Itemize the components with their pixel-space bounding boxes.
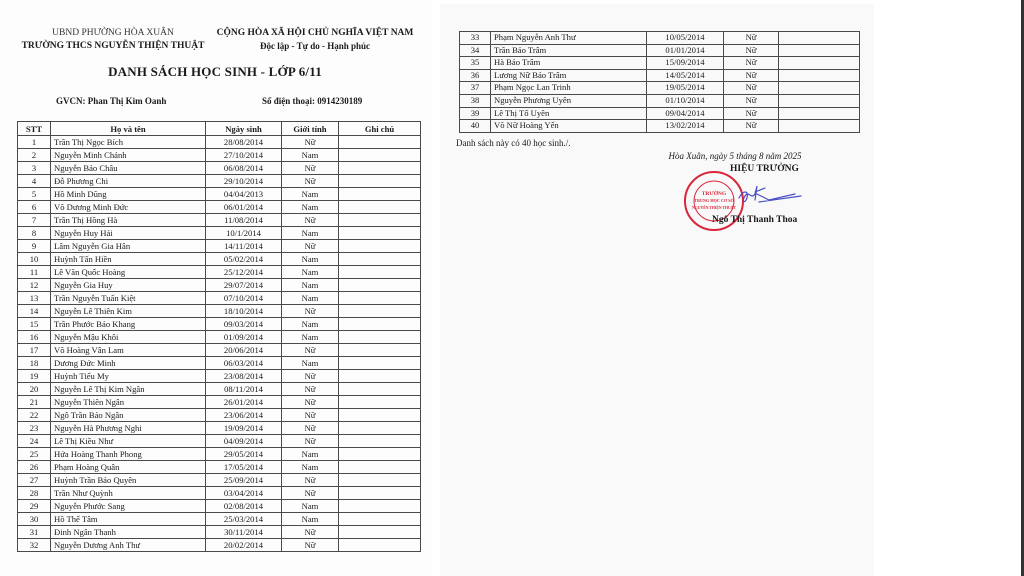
dob-cell: 04/04/2013 <box>206 188 282 201</box>
stt-cell: 23 <box>18 422 51 435</box>
summary-note: Danh sách này có 40 học sinh./. <box>456 138 570 148</box>
name-cell: Võ Dương Minh Đức <box>51 201 206 214</box>
note-cell <box>779 94 860 107</box>
gender-cell: Nữ <box>724 57 779 70</box>
name-cell: Hồ Thế Tâm <box>51 513 206 526</box>
stt-cell: 8 <box>18 227 51 240</box>
name-cell: Dương Đức Minh <box>51 357 206 370</box>
name-cell: Hứa Hoàng Thanh Phong <box>51 448 206 461</box>
table-row: 4Đỗ Phương Chi29/10/2014Nữ <box>18 175 421 188</box>
dob-cell: 09/03/2014 <box>206 318 282 331</box>
dob-cell: 14/05/2014 <box>647 69 724 82</box>
stt-cell: 27 <box>18 474 51 487</box>
table-row: 36Lương Nữ Bảo Trâm14/05/2014Nữ <box>460 69 860 82</box>
issuing-authority: UBND PHƯỜNG HÒA XUÂN TRƯỜNG THCS NGUYỄN … <box>18 27 208 53</box>
table-row: 16Nguyễn Mậu Khôi01/09/2014Nam <box>18 331 421 344</box>
table-row: 2Nguyễn Minh Chánh27/10/2014Nam <box>18 149 421 162</box>
table-row: 40Võ Nữ Hoàng Yến13/02/2014Nữ <box>460 120 860 133</box>
note-cell <box>339 292 421 305</box>
gender-cell: Nam <box>282 149 339 162</box>
stt-cell: 19 <box>18 370 51 383</box>
stt-cell: 22 <box>18 409 51 422</box>
table-row: 11Lê Văn Quốc Hoàng25/12/2014Nam <box>18 266 421 279</box>
dob-cell: 18/10/2014 <box>206 305 282 318</box>
note-cell <box>339 318 421 331</box>
dob-cell: 29/07/2014 <box>206 279 282 292</box>
stt-cell: 3 <box>18 162 51 175</box>
column-header-dob: Ngày sinh <box>206 122 282 136</box>
gender-cell: Nữ <box>282 214 339 227</box>
note-cell <box>779 120 860 133</box>
gender-cell: Nữ <box>282 370 339 383</box>
stt-cell: 37 <box>460 82 491 95</box>
dob-cell: 09/04/2014 <box>647 107 724 120</box>
gender-cell: Nữ <box>724 94 779 107</box>
table-row: 5Hồ Minh Dũng04/04/2013Nam <box>18 188 421 201</box>
homeroom-teacher: GVCN: Phan Thị Kim Oanh <box>56 96 166 106</box>
name-cell: Nguyễn Thiên Ngân <box>51 396 206 409</box>
name-cell: Trần Bảo Trâm <box>491 44 647 57</box>
note-cell <box>779 32 860 45</box>
stt-cell: 5 <box>18 188 51 201</box>
dob-cell: 29/10/2014 <box>206 175 282 188</box>
dob-cell: 27/10/2014 <box>206 149 282 162</box>
table-row: 28Trần Như Quỳnh03/04/2014Nữ <box>18 487 421 500</box>
note-cell <box>779 44 860 57</box>
table-row: 7Trần Thị Hồng Hà11/08/2014Nữ <box>18 214 421 227</box>
dob-cell: 25/09/2014 <box>206 474 282 487</box>
dob-cell: 19/09/2014 <box>206 422 282 435</box>
gender-cell: Nữ <box>282 175 339 188</box>
dob-cell: 04/09/2014 <box>206 435 282 448</box>
student-table-part-2: 33Phạm Nguyễn Anh Thư10/05/2014Nữ34Trần … <box>459 31 860 133</box>
gender-cell: Nữ <box>724 82 779 95</box>
stt-cell: 31 <box>18 526 51 539</box>
stt-cell: 4 <box>18 175 51 188</box>
dob-cell: 26/01/2014 <box>206 396 282 409</box>
table-row: 39Lê Thị Tố Uyên09/04/2014Nữ <box>460 107 860 120</box>
document-title: DANH SÁCH HỌC SINH - LỚP 6/11 <box>0 64 430 80</box>
gender-cell: Nam <box>282 461 339 474</box>
dob-cell: 05/02/2014 <box>206 253 282 266</box>
note-cell <box>779 82 860 95</box>
note-cell <box>339 539 421 552</box>
note-cell <box>779 107 860 120</box>
svg-text:TRƯỜNG: TRƯỜNG <box>702 189 727 197</box>
note-cell <box>339 422 421 435</box>
note-cell <box>339 136 421 149</box>
note-cell <box>339 487 421 500</box>
dob-cell: 03/04/2014 <box>206 487 282 500</box>
name-cell: Phạm Ngọc Lan Trinh <box>491 82 647 95</box>
table-row: 29Nguyễn Phước Sang02/08/2014Nam <box>18 500 421 513</box>
gender-cell: Nam <box>282 448 339 461</box>
table-row: 1Trần Thị Ngọc Bích28/08/2014Nữ <box>18 136 421 149</box>
stt-cell: 24 <box>18 435 51 448</box>
gender-cell: Nữ <box>282 487 339 500</box>
column-header-name: Họ và tên <box>51 122 206 136</box>
table-row: 20Nguyễn Lê Thị Kim Ngân08/11/2014Nữ <box>18 383 421 396</box>
gender-cell: Nam <box>282 201 339 214</box>
dob-cell: 01/09/2014 <box>206 331 282 344</box>
name-cell: Lê Thị Kiều Như <box>51 435 206 448</box>
school-name: TRƯỜNG THCS NGUYỄN THIỆN THUẬT <box>18 40 208 53</box>
stt-cell: 26 <box>18 461 51 474</box>
name-cell: Ngô Trần Bảo Ngân <box>51 409 206 422</box>
note-cell <box>339 266 421 279</box>
dob-cell: 23/08/2014 <box>206 370 282 383</box>
signature-scribble-icon <box>735 180 805 210</box>
name-cell: Nguyễn Mậu Khôi <box>51 331 206 344</box>
stt-cell: 34 <box>460 44 491 57</box>
gender-cell: Nam <box>282 188 339 201</box>
gender-cell: Nữ <box>282 422 339 435</box>
stt-cell: 36 <box>460 69 491 82</box>
gender-cell: Nam <box>282 266 339 279</box>
name-cell: Phạm Nguyễn Anh Thư <box>491 32 647 45</box>
gender-cell: Nữ <box>724 107 779 120</box>
note-cell <box>339 461 421 474</box>
dob-cell: 02/08/2014 <box>206 500 282 513</box>
table-row: 13Trần Nguyễn Tuấn Kiệt07/10/2014Nam <box>18 292 421 305</box>
name-cell: Đinh Ngân Thanh <box>51 526 206 539</box>
name-cell: Nguyễn Minh Chánh <box>51 149 206 162</box>
note-cell <box>339 240 421 253</box>
gender-cell: Nữ <box>724 120 779 133</box>
name-cell: Trần Như Quỳnh <box>51 487 206 500</box>
place-date: Hòa Xuân, ngày 5 tháng 8 năm 2025 <box>640 151 830 161</box>
stt-cell: 25 <box>18 448 51 461</box>
note-cell <box>339 357 421 370</box>
stt-cell: 32 <box>18 539 51 552</box>
national-motto: CỘNG HÒA XÃ HỘI CHỦ NGHĨA VIỆT NAM Độc l… <box>210 27 420 53</box>
gender-cell: Nữ <box>282 539 339 552</box>
name-cell: Lê Văn Quốc Hoàng <box>51 266 206 279</box>
table-row: 12Nguyễn Gia Huy29/07/2014Nam <box>18 279 421 292</box>
dob-cell: 25/03/2014 <box>206 513 282 526</box>
gender-cell: Nam <box>282 513 339 526</box>
name-cell: Hồ Minh Dũng <box>51 188 206 201</box>
name-cell: Võ Nữ Hoàng Yến <box>491 120 647 133</box>
column-header-stt: STT <box>18 122 51 136</box>
dob-cell: 10/05/2014 <box>647 32 724 45</box>
note-cell <box>339 526 421 539</box>
gender-cell: Nam <box>282 318 339 331</box>
stt-cell: 9 <box>18 240 51 253</box>
note-cell <box>339 188 421 201</box>
name-cell: Hà Bảo Trâm <box>491 57 647 70</box>
name-cell: Phạm Hoàng Quân <box>51 461 206 474</box>
stt-cell: 10 <box>18 253 51 266</box>
stt-cell: 30 <box>18 513 51 526</box>
note-cell <box>339 214 421 227</box>
country-name: CỘNG HÒA XÃ HỘI CHỦ NGHĨA VIỆT NAM <box>210 27 420 40</box>
table-row: 27Huỳnh Trần Bảo Quyên25/09/2014Nữ <box>18 474 421 487</box>
table-row: 38Nguyễn Phương Uyên01/10/2014Nữ <box>460 94 860 107</box>
table-row: 34Trần Bảo Trâm01/01/2014Nữ <box>460 44 860 57</box>
gender-cell: Nữ <box>282 305 339 318</box>
name-cell: Nguyễn Huy Hải <box>51 227 206 240</box>
gender-cell: Nữ <box>282 240 339 253</box>
stt-cell: 21 <box>18 396 51 409</box>
note-cell <box>339 162 421 175</box>
stt-cell: 12 <box>18 279 51 292</box>
signatory-name: Ngô Thị Thanh Thoa <box>712 215 797 225</box>
table-row: 6Võ Dương Minh Đức06/01/2014Nam <box>18 201 421 214</box>
name-cell: Huỳnh Tiểu My <box>51 370 206 383</box>
name-cell: Nguyễn Phước Sang <box>51 500 206 513</box>
note-cell <box>339 344 421 357</box>
table-row: 19Huỳnh Tiểu My23/08/2014Nữ <box>18 370 421 383</box>
name-cell: Lê Thị Tố Uyên <box>491 107 647 120</box>
student-table-part-1: STT Họ và tên Ngày sinh Giới tính Ghi ch… <box>17 121 421 552</box>
table-row: 14Nguyễn Lê Thiên Kim18/10/2014Nữ <box>18 305 421 318</box>
gender-cell: Nữ <box>282 136 339 149</box>
dob-cell: 17/05/2014 <box>206 461 282 474</box>
note-cell <box>339 227 421 240</box>
stt-cell: 39 <box>460 107 491 120</box>
table-row: 33Phạm Nguyễn Anh Thư10/05/2014Nữ <box>460 32 860 45</box>
stt-cell: 18 <box>18 357 51 370</box>
table-row: 21Nguyễn Thiên Ngân26/01/2014Nữ <box>18 396 421 409</box>
dob-cell: 10/1/2014 <box>206 227 282 240</box>
gender-cell: Nữ <box>282 162 339 175</box>
gender-cell: Nữ <box>724 44 779 57</box>
gender-cell: Nam <box>282 253 339 266</box>
dob-cell: 06/01/2014 <box>206 201 282 214</box>
note-cell <box>779 69 860 82</box>
gender-cell: Nữ <box>282 474 339 487</box>
dob-cell: 13/02/2014 <box>647 120 724 133</box>
table-row: 3Nguyễn Bảo Châu06/08/2014Nữ <box>18 162 421 175</box>
dob-cell: 30/11/2014 <box>206 526 282 539</box>
table-row: 26Phạm Hoàng Quân17/05/2014Nam <box>18 461 421 474</box>
gender-cell: Nữ <box>282 344 339 357</box>
stt-cell: 17 <box>18 344 51 357</box>
name-cell: Trần Thị Ngọc Bích <box>51 136 206 149</box>
note-cell <box>339 396 421 409</box>
stt-cell: 38 <box>460 94 491 107</box>
name-cell: Nguyễn Bảo Châu <box>51 162 206 175</box>
name-cell: Võ Hoàng Vân Lam <box>51 344 206 357</box>
dob-cell: 06/08/2014 <box>206 162 282 175</box>
dob-cell: 15/09/2014 <box>647 57 724 70</box>
name-cell: Nguyễn Phương Uyên <box>491 94 647 107</box>
dob-cell: 06/03/2014 <box>206 357 282 370</box>
table-row: 30Hồ Thế Tâm25/03/2014Nam <box>18 513 421 526</box>
gender-cell: Nữ <box>282 435 339 448</box>
stt-cell: 28 <box>18 487 51 500</box>
table-row: 35Hà Bảo Trâm15/09/2014Nữ <box>460 57 860 70</box>
gender-cell: Nữ <box>282 396 339 409</box>
dob-cell: 07/10/2014 <box>206 292 282 305</box>
stt-cell: 6 <box>18 201 51 214</box>
note-cell <box>779 57 860 70</box>
note-cell <box>339 409 421 422</box>
name-cell: Huỳnh Trần Bảo Quyên <box>51 474 206 487</box>
dob-cell: 20/02/2014 <box>206 539 282 552</box>
name-cell: Đỗ Phương Chi <box>51 175 206 188</box>
phone-number: Số điện thoại: 0914230189 <box>262 96 362 106</box>
stt-cell: 29 <box>18 500 51 513</box>
note-cell <box>339 253 421 266</box>
dob-cell: 14/11/2014 <box>206 240 282 253</box>
name-cell: Trần Nguyễn Tuấn Kiệt <box>51 292 206 305</box>
name-cell: Nguyễn Dương Anh Thư <box>51 539 206 552</box>
gender-cell: Nam <box>282 357 339 370</box>
note-cell <box>339 331 421 344</box>
stt-cell: 15 <box>18 318 51 331</box>
column-header-gender: Giới tính <box>282 122 339 136</box>
name-cell: Nguyễn Lê Thiên Kim <box>51 305 206 318</box>
gender-cell: Nữ <box>282 383 339 396</box>
svg-text:NGUYỄN THIỆN THUẬT: NGUYỄN THIỆN THUẬT <box>692 205 736 210</box>
note-cell <box>339 474 421 487</box>
table-row: 22Ngô Trần Bảo Ngân23/06/2014Nữ <box>18 409 421 422</box>
note-cell <box>339 201 421 214</box>
table-row: 9Lâm Nguyễn Gia Hân14/11/2014Nữ <box>18 240 421 253</box>
table-row: 8Nguyễn Huy Hải10/1/2014Nam <box>18 227 421 240</box>
name-cell: Nguyễn Lê Thị Kim Ngân <box>51 383 206 396</box>
dob-cell: 08/11/2014 <box>206 383 282 396</box>
note-cell <box>339 279 421 292</box>
gender-cell: Nữ <box>724 69 779 82</box>
document-page-1: UBND PHƯỜNG HÒA XUÂN TRƯỜNG THCS NGUYỄN … <box>0 0 432 576</box>
dob-cell: 28/08/2014 <box>206 136 282 149</box>
stt-cell: 11 <box>18 266 51 279</box>
stt-cell: 1 <box>18 136 51 149</box>
stt-cell: 35 <box>460 57 491 70</box>
column-header-note: Ghi chú <box>339 122 421 136</box>
table-row: 32Nguyễn Dương Anh Thư20/02/2014Nữ <box>18 539 421 552</box>
table-row: 18Dương Đức Minh06/03/2014Nam <box>18 357 421 370</box>
note-cell <box>339 149 421 162</box>
table-row: 37Phạm Ngọc Lan Trinh19/05/2014Nữ <box>460 82 860 95</box>
name-cell: Lương Nữ Bảo Trâm <box>491 69 647 82</box>
dob-cell: 19/05/2014 <box>647 82 724 95</box>
dob-cell: 01/01/2014 <box>647 44 724 57</box>
gender-cell: Nữ <box>282 526 339 539</box>
name-cell: Nguyễn Gia Huy <box>51 279 206 292</box>
stt-cell: 33 <box>460 32 491 45</box>
name-cell: Lâm Nguyễn Gia Hân <box>51 240 206 253</box>
table-header-row: STT Họ và tên Ngày sinh Giới tính Ghi ch… <box>18 122 421 136</box>
authority-name: UBND PHƯỜNG HÒA XUÂN <box>18 27 208 40</box>
dob-cell: 25/12/2014 <box>206 266 282 279</box>
dob-cell: 01/10/2014 <box>647 94 724 107</box>
motto-text: Độc lập - Tự do - Hạnh phúc <box>210 40 420 53</box>
dob-cell: 11/08/2014 <box>206 214 282 227</box>
gender-cell: Nam <box>282 292 339 305</box>
note-cell <box>339 175 421 188</box>
note-cell <box>339 500 421 513</box>
name-cell: Huỳnh Tấn Hiền <box>51 253 206 266</box>
table-row: 24Lê Thị Kiều Như04/09/2014Nữ <box>18 435 421 448</box>
table-row: 25Hứa Hoàng Thanh Phong29/05/2014Nam <box>18 448 421 461</box>
stt-cell: 2 <box>18 149 51 162</box>
table-row: 15Trần Phước Bảo Khang09/03/2014Nam <box>18 318 421 331</box>
note-cell <box>339 435 421 448</box>
gender-cell: Nữ <box>724 32 779 45</box>
stt-cell: 14 <box>18 305 51 318</box>
stt-cell: 40 <box>460 120 491 133</box>
gender-cell: Nam <box>282 227 339 240</box>
gender-cell: Nữ <box>282 409 339 422</box>
gender-cell: Nam <box>282 279 339 292</box>
table-row: 31Đinh Ngân Thanh30/11/2014Nữ <box>18 526 421 539</box>
stt-cell: 13 <box>18 292 51 305</box>
gender-cell: Nam <box>282 331 339 344</box>
dob-cell: 20/06/2014 <box>206 344 282 357</box>
note-cell <box>339 383 421 396</box>
note-cell <box>339 305 421 318</box>
table-row: 23Nguyễn Hà Phương Nghi19/09/2014Nữ <box>18 422 421 435</box>
gender-cell: Nam <box>282 500 339 513</box>
dob-cell: 23/06/2014 <box>206 409 282 422</box>
name-cell: Trần Phước Bảo Khang <box>51 318 206 331</box>
note-cell <box>339 513 421 526</box>
table-row: 10Huỳnh Tấn Hiền05/02/2014Nam <box>18 253 421 266</box>
dob-cell: 29/05/2014 <box>206 448 282 461</box>
table-row: 17Võ Hoàng Vân Lam20/06/2014Nữ <box>18 344 421 357</box>
note-cell <box>339 370 421 383</box>
name-cell: Trần Thị Hồng Hà <box>51 214 206 227</box>
note-cell <box>339 448 421 461</box>
stt-cell: 16 <box>18 331 51 344</box>
svg-text:TRUNG HỌC CƠ SỞ: TRUNG HỌC CƠ SỞ <box>694 198 734 203</box>
stt-cell: 7 <box>18 214 51 227</box>
name-cell: Nguyễn Hà Phương Nghi <box>51 422 206 435</box>
stt-cell: 20 <box>18 383 51 396</box>
